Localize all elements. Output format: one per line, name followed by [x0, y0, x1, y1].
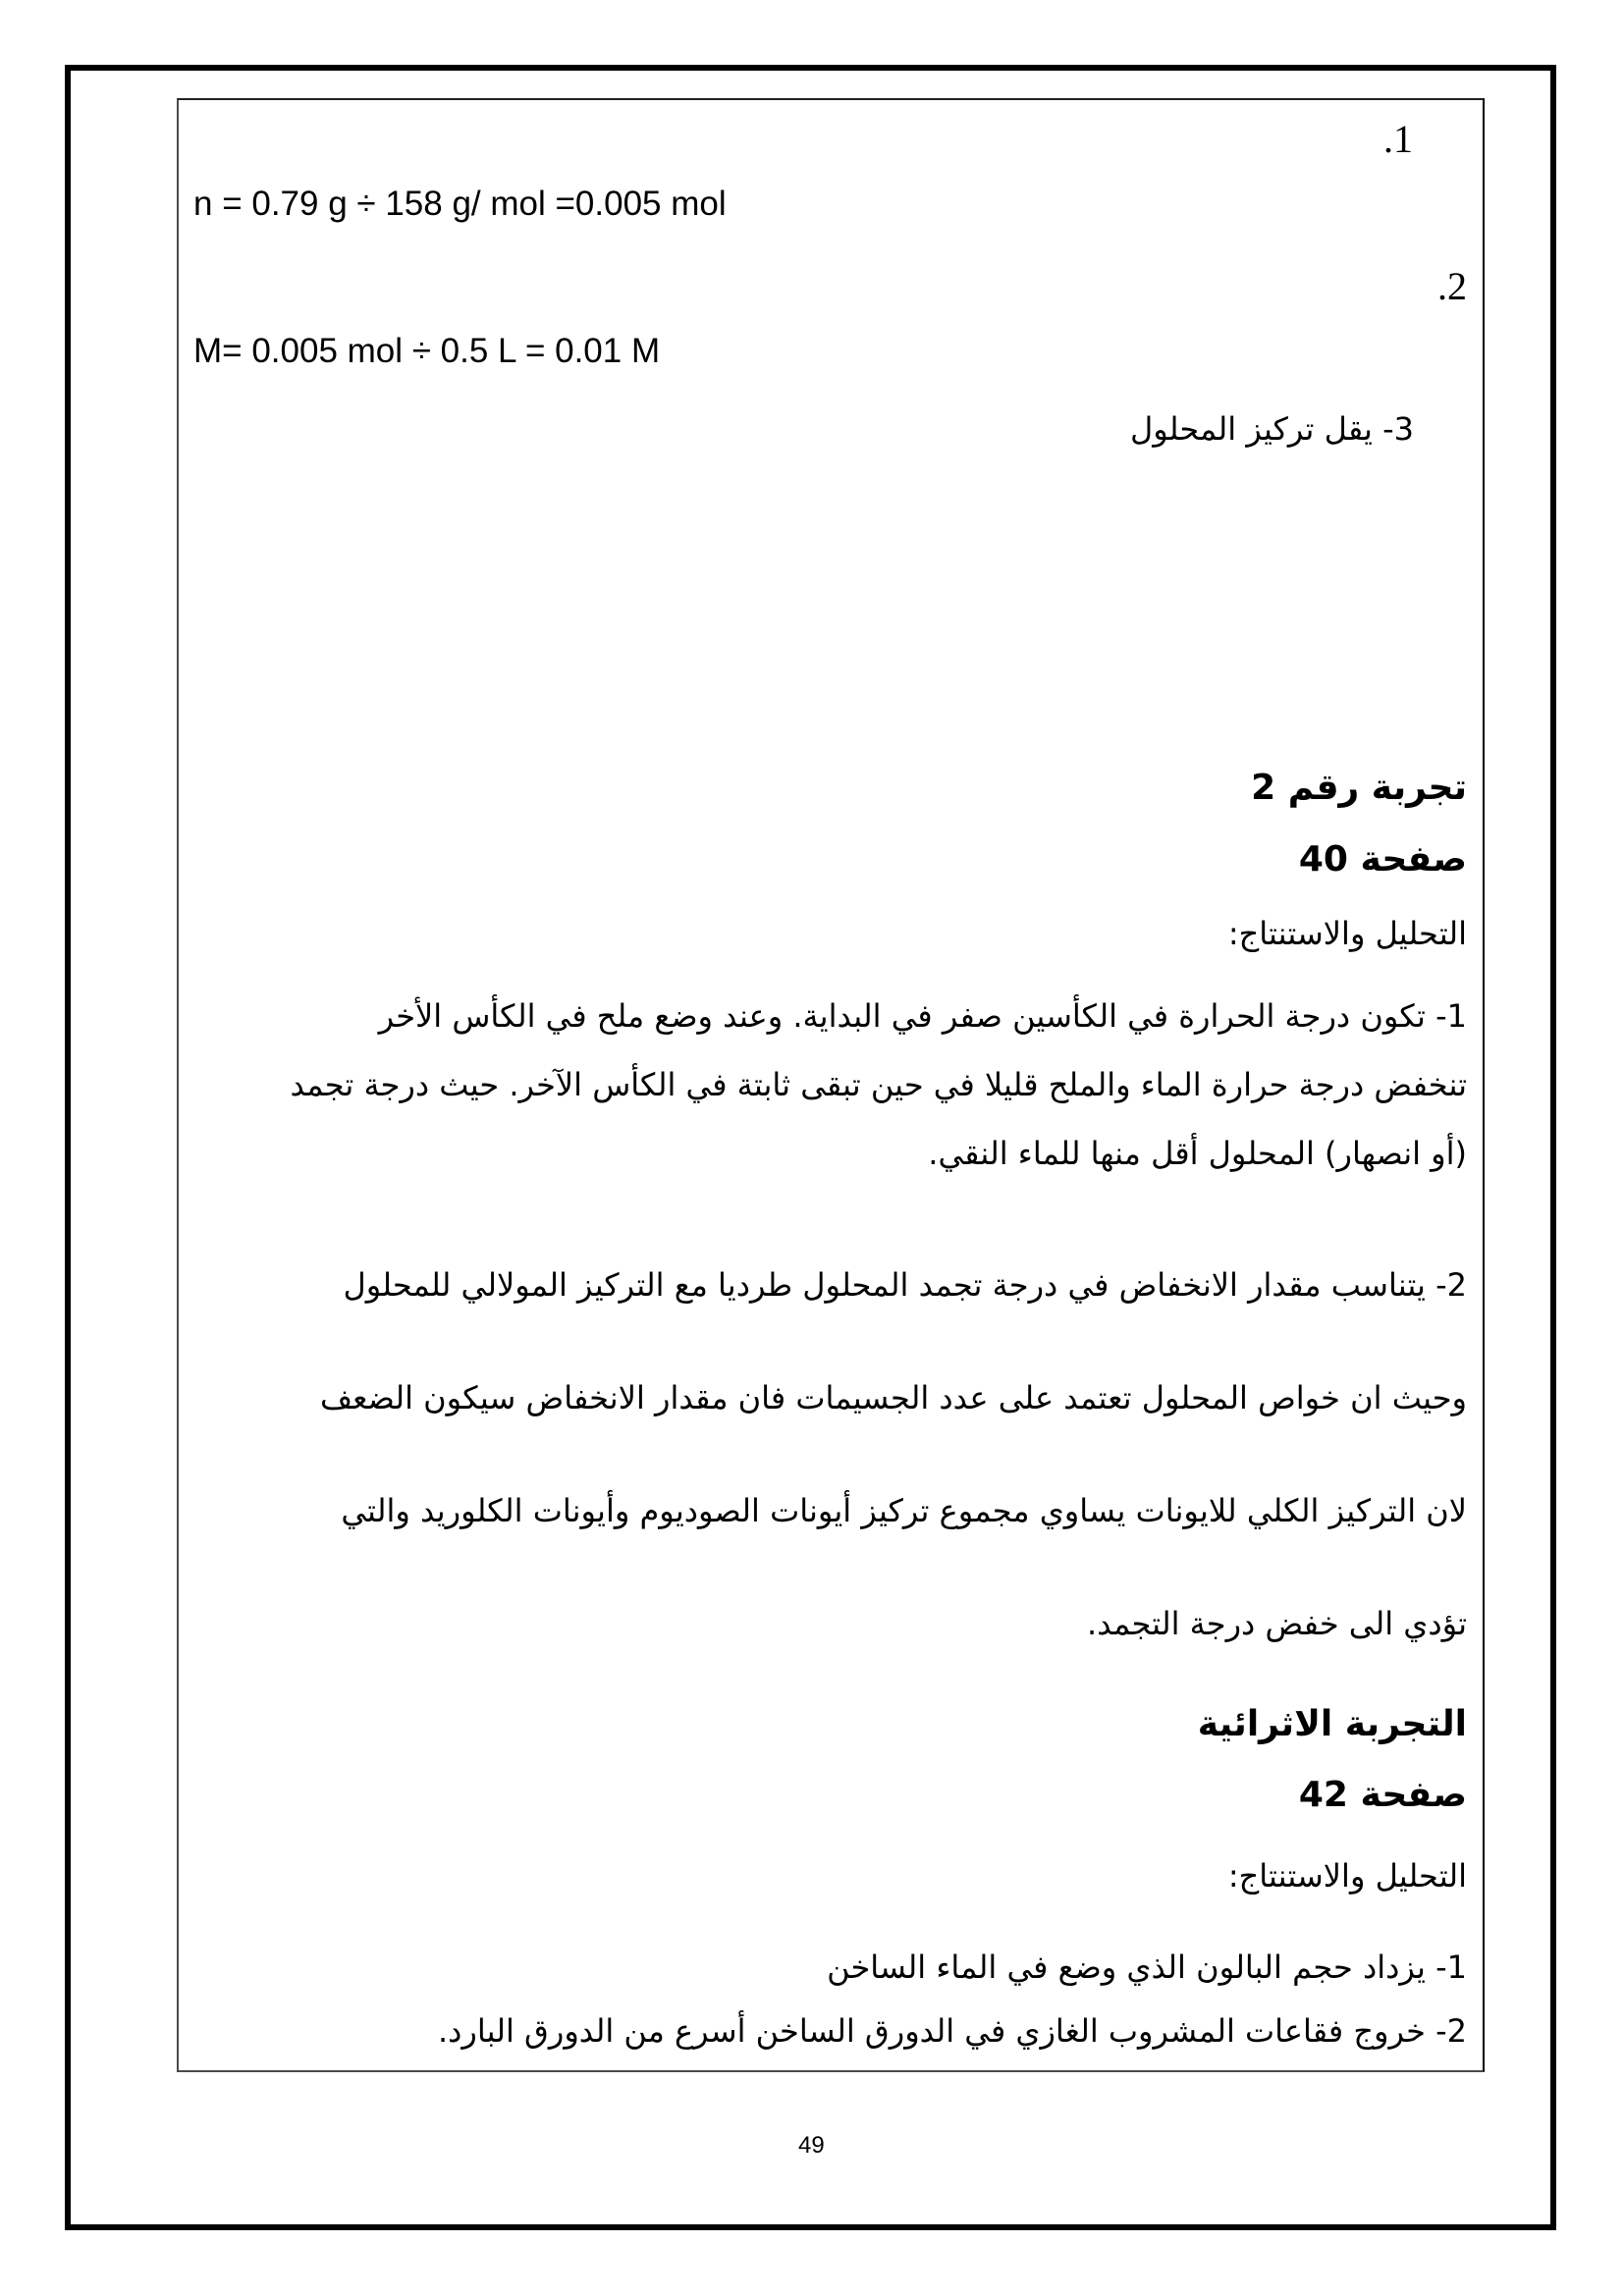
- enrichment-point-2: 2- خروج فقاعات المشروب الغازي في الدورق …: [438, 2012, 1467, 2050]
- enrichment-point-1: 1- يزداد حجم البالون الذي وضع في الماء ا…: [827, 1949, 1467, 1986]
- experiment-2-point-1-line-2: تنخفض درجة حرارة الماء والملح قليلا في ح…: [290, 1066, 1467, 1103]
- experiment-2-page: صفحة 40: [1299, 839, 1467, 880]
- experiment-2-point-2-line-3: لان التركيز الكلي للايونات يساوي مجموع ت…: [341, 1492, 1467, 1529]
- equation-moles: n = 0.79 g ÷ 158 g/ mol =0.005 mol: [193, 185, 727, 224]
- page-number: 49: [798, 2132, 825, 2160]
- experiment-2-point-1-line-1: 1- تكون درجة الحرارة في الكأسين صفر في ا…: [379, 997, 1467, 1035]
- experiment-2-point-1-line-3: (أو انصهار) المحلول أقل منها للماء النقي…: [928, 1135, 1467, 1172]
- enrichment-title: التجربة الاثرائية: [1198, 1704, 1467, 1744]
- experiment-2-point-2-line-2: وحيث ان خواص المحلول تعتمد على عدد الجسي…: [320, 1379, 1467, 1416]
- enrichment-page: صفحة 42: [1299, 1775, 1467, 1815]
- experiment-2-point-2-line-4: تؤدي الى خفض درجة التجمد.: [1087, 1605, 1467, 1642]
- item-1-marker: .1: [1383, 116, 1413, 162]
- item-3-text: 3- يقل تركيز المحلول: [1130, 410, 1414, 448]
- item-2-marker: .2: [1437, 263, 1467, 309]
- equation-molarity: M= 0.005 mol ÷ 0.5 L = 0.01 M: [193, 332, 660, 371]
- experiment-2-point-2-line-1: 2- يتناسب مقدار الانخفاض في درجة تجمد ال…: [343, 1266, 1467, 1304]
- experiment-2-title: تجربة رقم 2: [1251, 768, 1467, 808]
- experiment-2-analysis-label: التحليل والاستنتاج:: [1228, 915, 1467, 952]
- enrichment-analysis-label: التحليل والاستنتاج:: [1228, 1857, 1467, 1895]
